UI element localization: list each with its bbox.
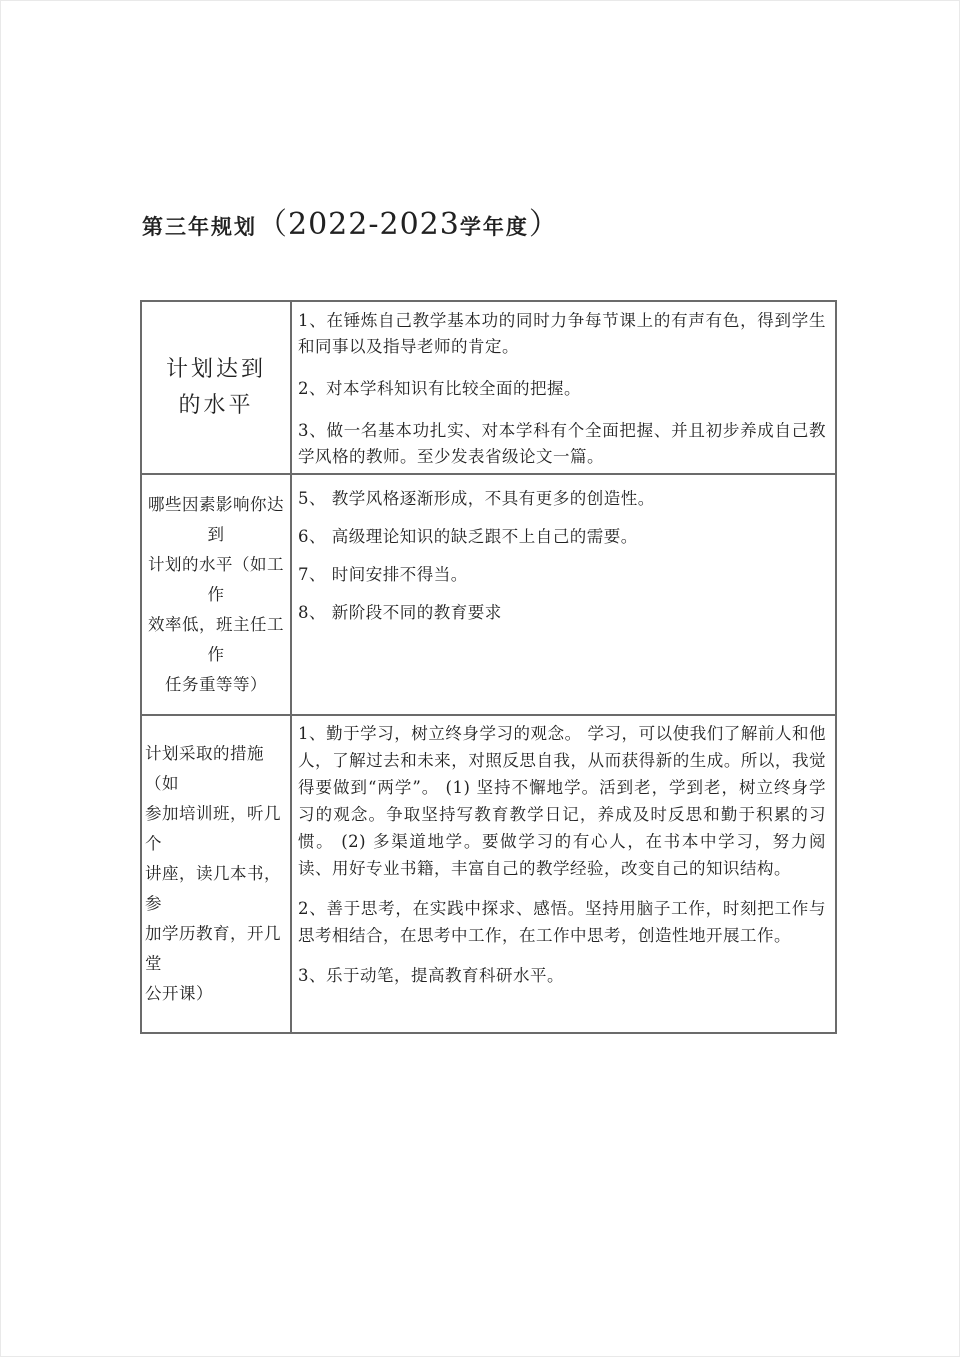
content-paragraph: 6、 高级理论知识的缺乏跟不上自己的需要。 [298,524,826,549]
content-paragraph: 2、善于思考，在实践中探求、感悟。坚持用脑子工作，时刻把工作与思考相结合，在思考… [298,895,826,949]
label-line: 计划采取的措施（如 [142,739,290,799]
content-paragraph: 1、勤于学习，树立终身学习的观念。 学习，可以使我们了解前人和他人，了解过去和未… [298,720,826,882]
label-line: 的水平 [142,388,290,424]
table-row-planned-measures: 计划采取的措施（如 参加培训班，听几个 讲座，读几本书，参 加学历教育，开几堂 … [142,716,837,1034]
content-paragraph: 5、 教学风格逐渐形成，不具有更多的创造性。 [298,486,826,511]
content-paragraph: 1、在锤炼自己教学基本功的同时力争每节课上的有声有色，得到学生和同事以及指导老师… [298,308,826,360]
label-line: 哪些因素影响你达到 [142,490,290,550]
label-line: 讲座，读几本书，参 [142,859,290,919]
title-prefix: 第三年规划 [142,211,257,241]
row-content-cell: 1、在锤炼自己教学基本功的同时力争每节课上的有声有色，得到学生和同事以及指导老师… [292,302,837,475]
row-label-cell: 哪些因素影响你达到 计划的水平（如工作 效率低，班主任工作 任务重等等） [142,475,292,716]
title-close-paren: ） [529,199,560,243]
row-label-cell: 计划达到 的水平 [142,302,292,475]
label-line: 加学历教育，开几堂 [142,919,290,979]
document-page: 第三年规划 （ 2022-2023 学年度 ） 计划达到 的水平 1、在锤炼自己… [0,0,960,1357]
content-paragraph: 3、乐于动笔，提高教育科研水平。 [298,962,826,989]
label-line: 计划达到 [142,352,290,388]
label-line: 参加培训班，听几个 [142,799,290,859]
row-label-cell: 计划采取的措施（如 参加培训班，听几个 讲座，读几本书，参 加学历教育，开几堂 … [142,716,292,1034]
row-content-cell: 1、勤于学习，树立终身学习的观念。 学习，可以使我们了解前人和他人，了解过去和未… [292,716,837,1034]
table-row-planned-level: 计划达到 的水平 1、在锤炼自己教学基本功的同时力争每节课上的有声有色，得到学生… [142,302,837,475]
label-line: 效率低，班主任工作 [142,610,290,670]
content-paragraph: 7、 时间安排不得当。 [298,562,826,587]
title-open-paren: （ [257,199,288,243]
label-line: 计划的水平（如工作 [142,550,290,610]
content-paragraph: 2、对本学科知识有比较全面的把握。 [298,376,826,402]
label-line: 任务重等等） [142,670,290,700]
title-suffix: 学年度 [460,211,529,241]
label-line: 公开课） [142,979,290,1009]
row-content-cell: 5、 教学风格逐渐形成，不具有更多的创造性。 6、 高级理论知识的缺乏跟不上自己… [292,475,837,716]
table-row-influencing-factors: 哪些因素影响你达到 计划的水平（如工作 效率低，班主任工作 任务重等等） 5、 … [142,475,837,716]
title-year: 2022-2023 [288,207,460,242]
content-paragraph: 8、 新阶段不同的教育要求 [298,600,826,625]
document-title: 第三年规划 （ 2022-2023 学年度 ） [142,199,560,243]
content-paragraph: 3、做一名基本功扎实、对本学科有个全面把握、并且初步养成自己教学风格的教师。至少… [298,418,826,470]
plan-table: 计划达到 的水平 1、在锤炼自己教学基本功的同时力争每节课上的有声有色，得到学生… [140,300,837,1034]
